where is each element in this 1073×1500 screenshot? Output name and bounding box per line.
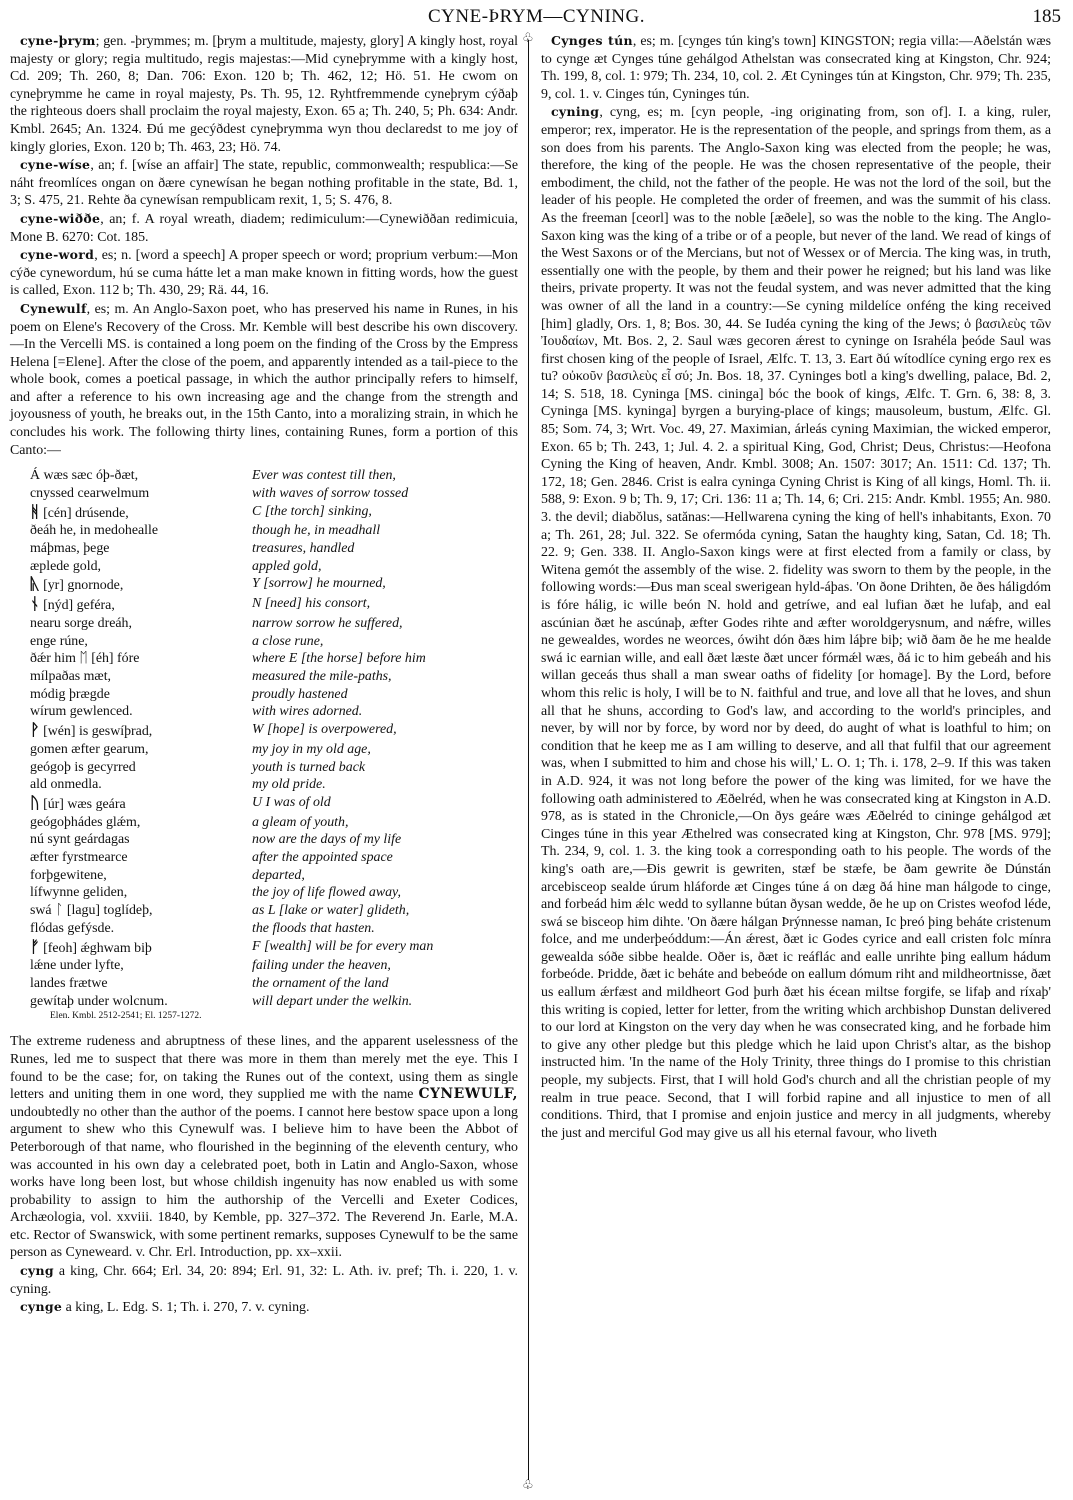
old-english-text: ðǽr him ᛖ [éh] fóre (30, 651, 139, 666)
poem-line: geógoþhádes glǽm,a gleam of youth, (30, 814, 518, 832)
old-english-text: gomen æfter gearum, (30, 742, 148, 757)
poem-line: wírum gewlenced.with wires adorned. (30, 703, 518, 721)
entry-body: , es; m. An Anglo-Saxon poet, who has pr… (10, 302, 518, 458)
entry-body: , cyng, es; m. [cyn people, -ing origina… (541, 105, 1051, 1140)
translation-line: departed, (252, 867, 305, 885)
old-english-line: gomen æfter gearum, (30, 741, 252, 759)
dictionary-entry: Cynewulf, es; m. An Anglo-Saxon poet, wh… (10, 300, 518, 459)
dictionary-entry: cyng a king, Chr. 664; Erl. 34, 20: 894;… (10, 1262, 518, 1298)
old-english-text: nú synt geárdagas (30, 832, 130, 847)
old-english-text: ðeáh he, in medohealle (30, 523, 158, 538)
translation-line: my joy in my old age, (252, 741, 371, 759)
old-english-line: æplede gold, (30, 558, 252, 576)
old-english-line: ðǽr him ᛖ [éh] fóre (30, 650, 252, 668)
old-english-text: [yr] gnornode, (43, 578, 123, 593)
rune-poem: Á wæs sæc óþ-ðæt,Ever was contest till t… (30, 467, 518, 1010)
translation-line: with wires adorned. (252, 703, 362, 721)
old-english-line: wírum gewlenced. (30, 703, 252, 721)
old-english-line: enge rúne, (30, 633, 252, 651)
translation-line: treasures, handled (252, 540, 354, 558)
poem-line: gewítaþ under wolcnum.will depart under … (30, 993, 518, 1011)
poem-citation: Elen. Kmbl. 2512-2541; El. 1257-1272. (50, 1010, 518, 1023)
headword: cyne-wíse (20, 157, 90, 172)
poem-line: geógoþ is gecyrredyouth is turned back (30, 759, 518, 777)
headword: cynge (20, 1299, 62, 1314)
poem-line: swá ᛚ [lagu] toglídeþ,as L [lake or wate… (30, 902, 518, 920)
poem-line: enge rúne,a close rune, (30, 633, 518, 651)
translation-line: will depart under the welkin. (252, 993, 412, 1011)
poem-line: ᚢ [úr] wæs geáraU I was of old (30, 794, 518, 814)
old-english-text: gewítaþ under wolcnum. (30, 994, 168, 1009)
translation-line: failing under the heaven, (252, 957, 391, 975)
old-english-line: ᚾ [nýd] geféra, (30, 595, 252, 615)
translation-line: proudly hastened (252, 686, 348, 704)
poem-line: módig þrægdeproudly hastened (30, 686, 518, 704)
poem-line: ᚠ [feoh] ǽghwam biþF [wealth] will be fo… (30, 938, 518, 958)
old-english-line: nearu sorge dreáh, (30, 615, 252, 633)
translation-line: after the appointed space (252, 849, 393, 867)
old-english-line: lǽne under lyfte, (30, 957, 252, 975)
translation-line: narrow sorrow he suffered, (252, 615, 403, 633)
right-column: Cynges tún, es; m. [cynges tún king's to… (541, 32, 1051, 1142)
old-english-text: [feoh] ǽghwam biþ (43, 941, 152, 956)
running-title: CYNE-ÞRYM—CYNING. (0, 6, 1073, 28)
translation-line: a gleam of youth, (252, 814, 348, 832)
translation-line: U I was of old (252, 794, 331, 814)
headword: Cynewulf (20, 301, 87, 316)
poem-line: æfter fyrstmearceafter the appointed spa… (30, 849, 518, 867)
old-english-text: cnyssed cearwelmum (30, 486, 149, 501)
translation-line: measured the mile-paths, (252, 668, 392, 686)
translation-line: a close rune, (252, 633, 323, 651)
old-english-line: geógoþ is gecyrred (30, 759, 252, 777)
old-english-text: mílpaðas mæt, (30, 669, 111, 684)
poem-line: máþmas, þegetreasures, handled (30, 540, 518, 558)
old-english-line: cnyssed cearwelmum (30, 485, 252, 503)
translation-line: Y [sorrow] he mourned, (252, 575, 386, 595)
page-header: CYNE-ÞRYM—CYNING. 185 (0, 4, 1073, 30)
old-english-text: módig þrægde (30, 687, 110, 702)
poem-line: ðeáh he, in medoheallethough he, in mead… (30, 522, 518, 540)
old-english-line: máþmas, þege (30, 540, 252, 558)
old-english-line: módig þrægde (30, 686, 252, 704)
old-english-text: [cén] drúsende, (43, 506, 129, 521)
old-english-line: ᚣ [yr] gnornode, (30, 575, 252, 595)
translation-line: with waves of sorrow tossed (252, 485, 408, 503)
old-english-text: [wén] is geswíþrad, (43, 724, 152, 739)
old-english-line: Á wæs sæc óþ-ðæt, (30, 467, 252, 485)
poem-line: Á wæs sæc óþ-ðæt,Ever was contest till t… (30, 467, 518, 485)
old-english-text: [úr] wæs geára (43, 797, 126, 812)
column-divider (528, 40, 529, 1480)
poem-line: mílpaðas mæt,measured the mile-paths, (30, 668, 518, 686)
old-english-text: lǽne under lyfte, (30, 958, 124, 973)
poem-line: ᚣ [yr] gnornode,Y [sorrow] he mourned, (30, 575, 518, 595)
dictionary-entry: Cynges tún, es; m. [cynges tún king's to… (541, 32, 1051, 103)
rune-icon: ᚢ (30, 793, 40, 812)
poem-line: ald onmedla.my old pride. (30, 776, 518, 794)
poem-line: ðǽr him ᛖ [éh] fórewhere E [the horse] b… (30, 650, 518, 668)
old-english-line: ᚢ [úr] wæs geára (30, 794, 252, 814)
old-english-line: forþgewitene, (30, 867, 252, 885)
translation-line: appled gold, (252, 558, 321, 576)
rune-icon: ᚹ (30, 720, 40, 739)
dictionary-entry: cynge a king, L. Edg. S. 1; Th. i. 270, … (10, 1298, 518, 1317)
poem-line: gomen æfter gearum,my joy in my old age, (30, 741, 518, 759)
headword: cyne-þrym (20, 33, 96, 48)
dictionary-entry: cyne-þrym; gen. -þrymmes; m. [þrym a mul… (10, 32, 518, 156)
rune-icon: ᚠ (30, 937, 40, 956)
old-english-text: æfter fyrstmearce (30, 850, 128, 865)
old-english-text: [nýd] geféra, (43, 598, 115, 613)
translation-line: the joy of life flowed away, (252, 884, 401, 902)
translation-line: the ornament of the land (252, 975, 389, 993)
old-english-text: wírum gewlenced. (30, 704, 133, 719)
rune-icon: ᚣ (30, 574, 40, 593)
entry-body: a king, L. Edg. S. 1; Th. i. 270, 7. v. … (62, 1300, 309, 1315)
column-ornament-bottom-icon: ♧ (522, 1478, 534, 1491)
translation-line: my old pride. (252, 776, 326, 794)
poem-line: lǽne under lyfte,failing under the heave… (30, 957, 518, 975)
dictionary-entry: cyne-word, es; n. [word a speech] A prop… (10, 246, 518, 300)
poem-line: ᚹ [wén] is geswíþrad,W [hope] is overpow… (30, 721, 518, 741)
entry-body: ; gen. -þrymmes; m. [þrym a multitude, m… (10, 34, 518, 155)
poem-line: ᚾ [nýd] geféra,N [need] his consort, (30, 595, 518, 615)
old-english-line: æfter fyrstmearce (30, 849, 252, 867)
headword: cyning (551, 104, 599, 119)
old-english-line: landes frætwe (30, 975, 252, 993)
dictionary-entry: cyning, cyng, es; m. [cyn people, -ing o… (541, 103, 1051, 1142)
old-english-line: flódas gefýsde. (30, 920, 252, 938)
translation-line: F [wealth] will be for every man (252, 938, 433, 958)
old-english-text: Á wæs sæc óþ-ðæt, (30, 468, 138, 483)
translation-line: Ever was contest till then, (252, 467, 396, 485)
headword: Cynges tún (551, 33, 633, 48)
poem-line: landes frætwethe ornament of the land (30, 975, 518, 993)
headword: cyne-wiððe (20, 211, 100, 226)
old-english-line: ᚹ [wén] is geswíþrad, (30, 721, 252, 741)
dictionary-entry: cyne-wiððe, an; f. A royal wreath, diade… (10, 210, 518, 246)
old-english-text: landes frætwe (30, 976, 108, 991)
old-english-text: swá ᛚ [lagu] toglídeþ, (30, 903, 153, 918)
translation-line: N [need] his consort, (252, 595, 370, 615)
old-english-text: flódas gefýsde. (30, 921, 114, 936)
old-english-text: geógoþ is gecyrred (30, 760, 136, 775)
old-english-line: ᚻ [cén] drúsende, (30, 503, 252, 523)
old-english-text: geógoþhádes glǽm, (30, 815, 140, 830)
old-english-line: nú synt geárdagas (30, 831, 252, 849)
old-english-text: ald onmedla. (30, 777, 102, 792)
translation-line: C [the torch] sinking, (252, 503, 372, 523)
old-english-line: swá ᛚ [lagu] toglídeþ, (30, 902, 252, 920)
old-english-line: gewítaþ under wolcnum. (30, 993, 252, 1011)
commentary-paragraph: The extreme rudeness and abruptness of t… (10, 1033, 518, 1262)
translation-line: the floods that hasten. (252, 920, 375, 938)
translation-line: W [hope] is overpowered, (252, 721, 397, 741)
old-english-text: æplede gold, (30, 559, 101, 574)
old-english-line: geógoþhádes glǽm, (30, 814, 252, 832)
poem-line: forþgewitene,departed, (30, 867, 518, 885)
headword: cyng (20, 1263, 54, 1278)
old-english-line: mílpaðas mæt, (30, 668, 252, 686)
poem-line: flódas gefýsde.the floods that hasten. (30, 920, 518, 938)
rune-icon: ᚻ (30, 502, 40, 521)
old-english-line: ðeáh he, in medohealle (30, 522, 252, 540)
old-english-line: lífwynne geliden, (30, 884, 252, 902)
old-english-text: enge rúne, (30, 634, 88, 649)
old-english-text: máþmas, þege (30, 541, 109, 556)
poem-line: ᚻ [cén] drúsende,C [the torch] sinking, (30, 503, 518, 523)
old-english-line: ᚠ [feoh] ǽghwam biþ (30, 938, 252, 958)
cynewulf-name: CYNEWULF, (418, 1086, 518, 1102)
entry-body: a king, Chr. 664; Erl. 34, 20: 894; Erl.… (10, 1264, 518, 1297)
poem-line: nearu sorge dreáh,narrow sorrow he suffe… (30, 615, 518, 633)
poem-line: æplede gold,appled gold, (30, 558, 518, 576)
old-english-text: nearu sorge dreáh, (30, 616, 132, 631)
translation-line: as L [lake or water] glideth, (252, 902, 409, 920)
poem-line: cnyssed cearwelmumwith waves of sorrow t… (30, 485, 518, 503)
translation-line: now are the days of my life (252, 831, 401, 849)
translation-line: youth is turned back (252, 759, 365, 777)
poem-line: nú synt geárdagasnow are the days of my … (30, 831, 518, 849)
rune-icon: ᚾ (30, 594, 40, 613)
translation-line: though he, in meadhall (252, 522, 380, 540)
translation-line: where E [the horse] before him (252, 650, 426, 668)
poem-line: lífwynne geliden,the joy of life flowed … (30, 884, 518, 902)
page-number: 185 (1033, 6, 1062, 28)
dictionary-entry: cyne-wíse, an; f. [wíse an affair] The s… (10, 156, 518, 210)
commentary-text: undoubtedly no other than the author of … (10, 1105, 518, 1261)
old-english-text: lífwynne geliden, (30, 885, 127, 900)
old-english-line: ald onmedla. (30, 776, 252, 794)
headword: cyne-word (20, 247, 94, 262)
old-english-text: forþgewitene, (30, 868, 107, 883)
left-column: cyne-þrym; gen. -þrymmes; m. [þrym a mul… (10, 32, 518, 1317)
